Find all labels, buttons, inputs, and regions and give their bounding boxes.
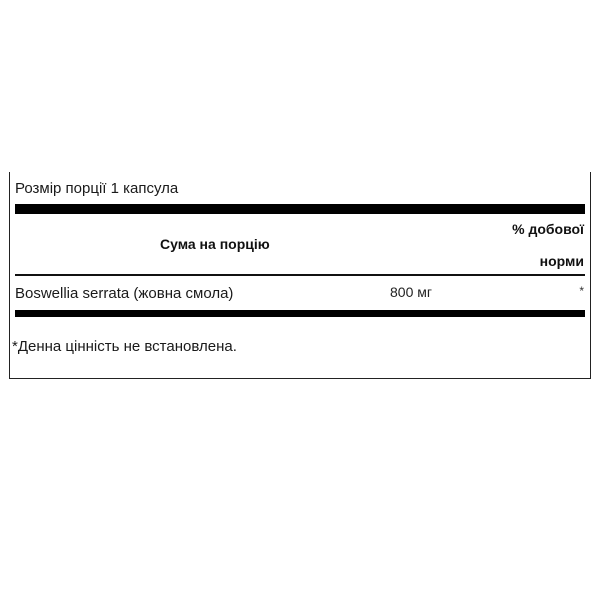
serving-size: Розмір порції 1 капсула bbox=[15, 180, 178, 197]
supplement-facts-panel: Розмір порції 1 капсула Сума на порцію %… bbox=[9, 172, 591, 379]
divider-thin bbox=[15, 274, 585, 276]
ingredient-daily-value: * bbox=[579, 284, 584, 298]
footnote: *Денна цінність не встановлена. bbox=[12, 338, 237, 355]
header-amount-per-serving: Сума на порцію bbox=[160, 236, 270, 252]
divider-thick-2 bbox=[15, 310, 585, 317]
header-daily-value: % добової bbox=[512, 221, 584, 237]
divider-thick bbox=[15, 204, 585, 214]
ingredient-amount: 800 мг bbox=[390, 284, 432, 300]
ingredient-name: Boswellia serrata (жовна смола) bbox=[15, 285, 233, 302]
header-daily-value-2: норми bbox=[540, 253, 584, 269]
